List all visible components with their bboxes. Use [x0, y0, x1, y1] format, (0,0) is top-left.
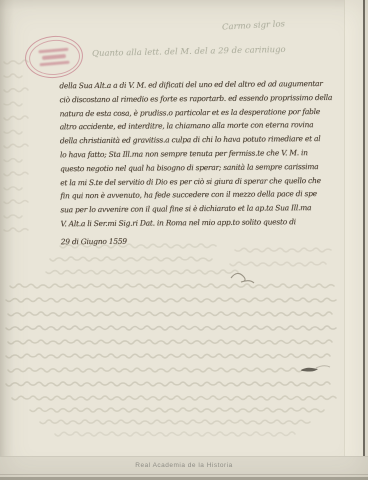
- letter-body: della Sua Alt.a a di V. M. ed dificati d…: [59, 77, 347, 249]
- ink-smudge: [301, 368, 318, 372]
- archive-footer: Real Academia de la Historia: [0, 456, 368, 480]
- ink-smudge-tail: [316, 366, 330, 368]
- library-stamp-icon: [23, 34, 84, 81]
- letter-line: V. Alt.a li Ser.mi Sig.ri Dat. in Roma n…: [60, 215, 347, 231]
- footer-rule: [0, 474, 368, 475]
- archive-caption: Real Academia de la Historia: [0, 462, 368, 470]
- letter-date-line: 29 di Giugno 1559: [61, 233, 348, 249]
- manuscript-scan: Carmo sigr los Quanto alla lett. del M. …: [0, 0, 368, 480]
- docket-line-2: Quanto alla lett. del M. del a 29 de car…: [92, 45, 286, 59]
- library-stamp-text-rows: [27, 37, 81, 76]
- letter-line: sua per lo avvenire con il qual fine si …: [60, 201, 347, 217]
- flourish-mark: [231, 273, 254, 283]
- docket-line-1: Carmo sigr los: [222, 19, 285, 32]
